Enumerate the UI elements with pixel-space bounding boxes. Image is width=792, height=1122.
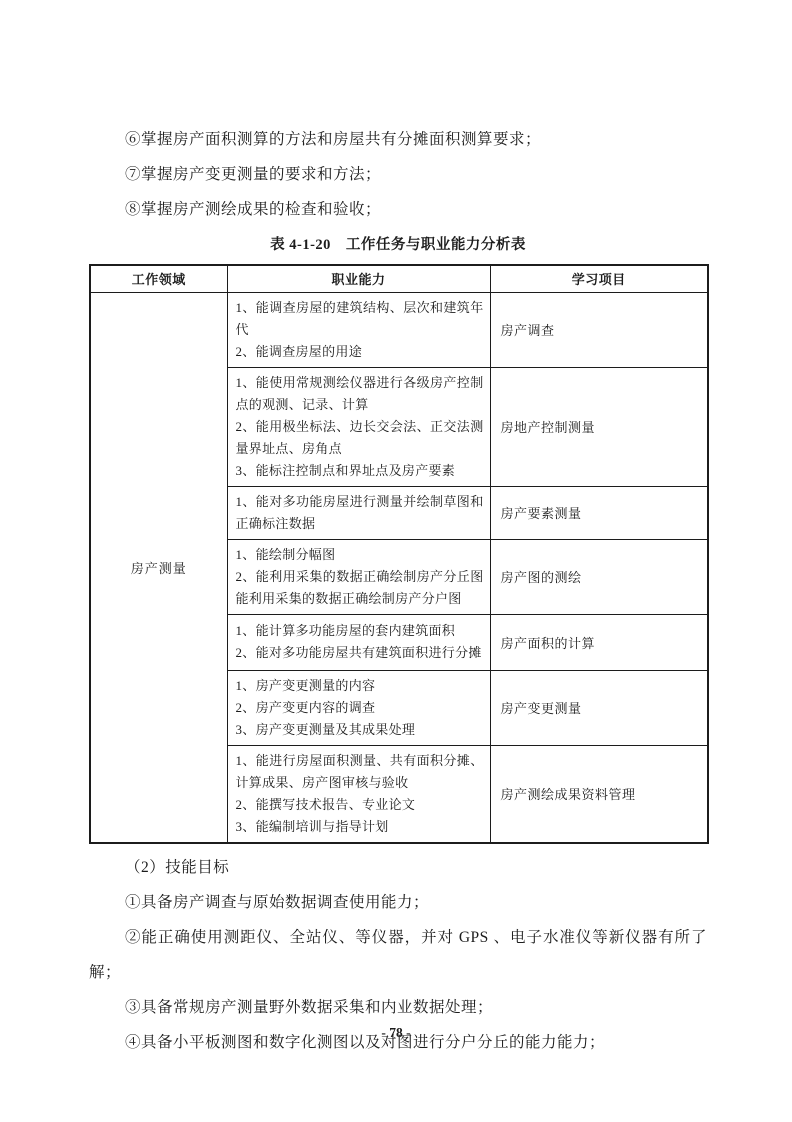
project-cell: 房产图的测绘 — [490, 539, 708, 614]
skill-paragraph: ①具备房产调查与原始数据调查使用能力； — [89, 885, 707, 920]
ability-item: 1、能计算多功能房屋的套内建筑面积 — [236, 620, 484, 642]
intro-paragraph: ⑧掌握房产测绘成果的检查和验收； — [89, 192, 707, 227]
table-header-row: 工作领域 职业能力 学习项目 — [90, 265, 708, 292]
ability-cell: 1、能进行房屋面积测量、共有面积分摊、计算成果、房产图审核与验收 2、能撰写技术… — [227, 745, 490, 843]
skill-paragraph: ②能正确使用测距仪、全站仪、等仪器，并对 GPS 、电子水准仪等新仪器有所了解； — [89, 920, 707, 990]
ability-item: 2、能撰写技术报告、专业论文 — [236, 794, 484, 816]
work-area-cell: 房产测量 — [90, 292, 227, 843]
project-cell: 房地产控制测量 — [490, 367, 708, 486]
ability-item: 3、能编制培训与指导计划 — [236, 816, 484, 838]
ability-item: 2、能对多功能房屋共有建筑面积进行分摊 — [236, 642, 484, 664]
document-page: ⑥掌握房产面积测算的方法和房屋共有分摊面积测算要求； ⑦掌握房产变更测量的要求和… — [0, 0, 792, 1122]
project-cell: 房产调查 — [490, 292, 708, 367]
ability-item: 1、能绘制分幅图 — [236, 544, 484, 566]
ability-item: 1、能调查房屋的建筑结构、层次和建筑年代 — [236, 297, 484, 341]
ability-item: 3、能标注控制点和界址点及房产要素 — [236, 460, 484, 482]
ability-item: 1、房产变更测量的内容 — [236, 675, 484, 697]
header-ability: 职业能力 — [227, 265, 490, 292]
ability-item: 2、房产变更内容的调查 — [236, 697, 484, 719]
page-number: - 78 - — [0, 1024, 792, 1042]
ability-cell: 1、能对多功能房屋进行测量并绘制草图和正确标注数据 — [227, 486, 490, 539]
project-cell: 房产面积的计算 — [490, 614, 708, 670]
ability-item: 2、能调查房屋的用途 — [236, 341, 484, 363]
ability-item: 3、房产变更测量及其成果处理 — [236, 719, 484, 741]
header-work-area: 工作领域 — [90, 265, 227, 292]
project-cell: 房产要素测量 — [490, 486, 708, 539]
ability-cell: 1、能计算多功能房屋的套内建筑面积 2、能对多功能房屋共有建筑面积进行分摊 — [227, 614, 490, 670]
ability-cell: 1、能绘制分幅图 2、能利用采集的数据正确绘制房产分丘图能利用采集的数据正确绘制… — [227, 539, 490, 614]
intro-paragraph: ⑥掌握房产面积测算的方法和房屋共有分摊面积测算要求； — [89, 122, 707, 157]
ability-item: 1、能使用常规测绘仪器进行各级房产控制点的观测、记录、计算 — [236, 372, 484, 416]
project-cell: 房产变更测量 — [490, 670, 708, 745]
analysis-table: 工作领域 职业能力 学习项目 房产测量 1、能调查房屋的建筑结构、层次和建筑年代… — [89, 264, 709, 844]
skills-heading: （2）技能目标 — [89, 850, 707, 885]
ability-item: 1、能进行房屋面积测量、共有面积分摊、计算成果、房产图审核与验收 — [236, 750, 484, 794]
ability-cell: 1、房产变更测量的内容 2、房产变更内容的调查 3、房产变更测量及其成果处理 — [227, 670, 490, 745]
ability-item: 1、能对多功能房屋进行测量并绘制草图和正确标注数据 — [236, 491, 484, 535]
ability-cell: 1、能使用常规测绘仪器进行各级房产控制点的观测、记录、计算 2、能用极坐标法、边… — [227, 367, 490, 486]
table-title: 表 4-1-20 工作任务与职业能力分析表 — [89, 233, 707, 257]
intro-paragraphs: ⑥掌握房产面积测算的方法和房屋共有分摊面积测算要求； ⑦掌握房产变更测量的要求和… — [89, 122, 707, 227]
page-content: ⑥掌握房产面积测算的方法和房屋共有分摊面积测算要求； ⑦掌握房产变更测量的要求和… — [89, 0, 707, 1060]
ability-cell: 1、能调查房屋的建筑结构、层次和建筑年代 2、能调查房屋的用途 — [227, 292, 490, 367]
intro-paragraph: ⑦掌握房产变更测量的要求和方法； — [89, 157, 707, 192]
table-row: 房产测量 1、能调查房屋的建筑结构、层次和建筑年代 2、能调查房屋的用途 房产调… — [90, 292, 708, 367]
header-project: 学习项目 — [490, 265, 708, 292]
ability-item: 2、能利用采集的数据正确绘制房产分丘图能利用采集的数据正确绘制房产分户图 — [236, 566, 484, 610]
project-cell: 房产测绘成果资料管理 — [490, 745, 708, 843]
skill-paragraph: ③具备常规房产测量野外数据采集和内业数据处理； — [89, 990, 707, 1025]
ability-item: 2、能用极坐标法、边长交会法、正交法测量界址点、房角点 — [236, 416, 484, 460]
